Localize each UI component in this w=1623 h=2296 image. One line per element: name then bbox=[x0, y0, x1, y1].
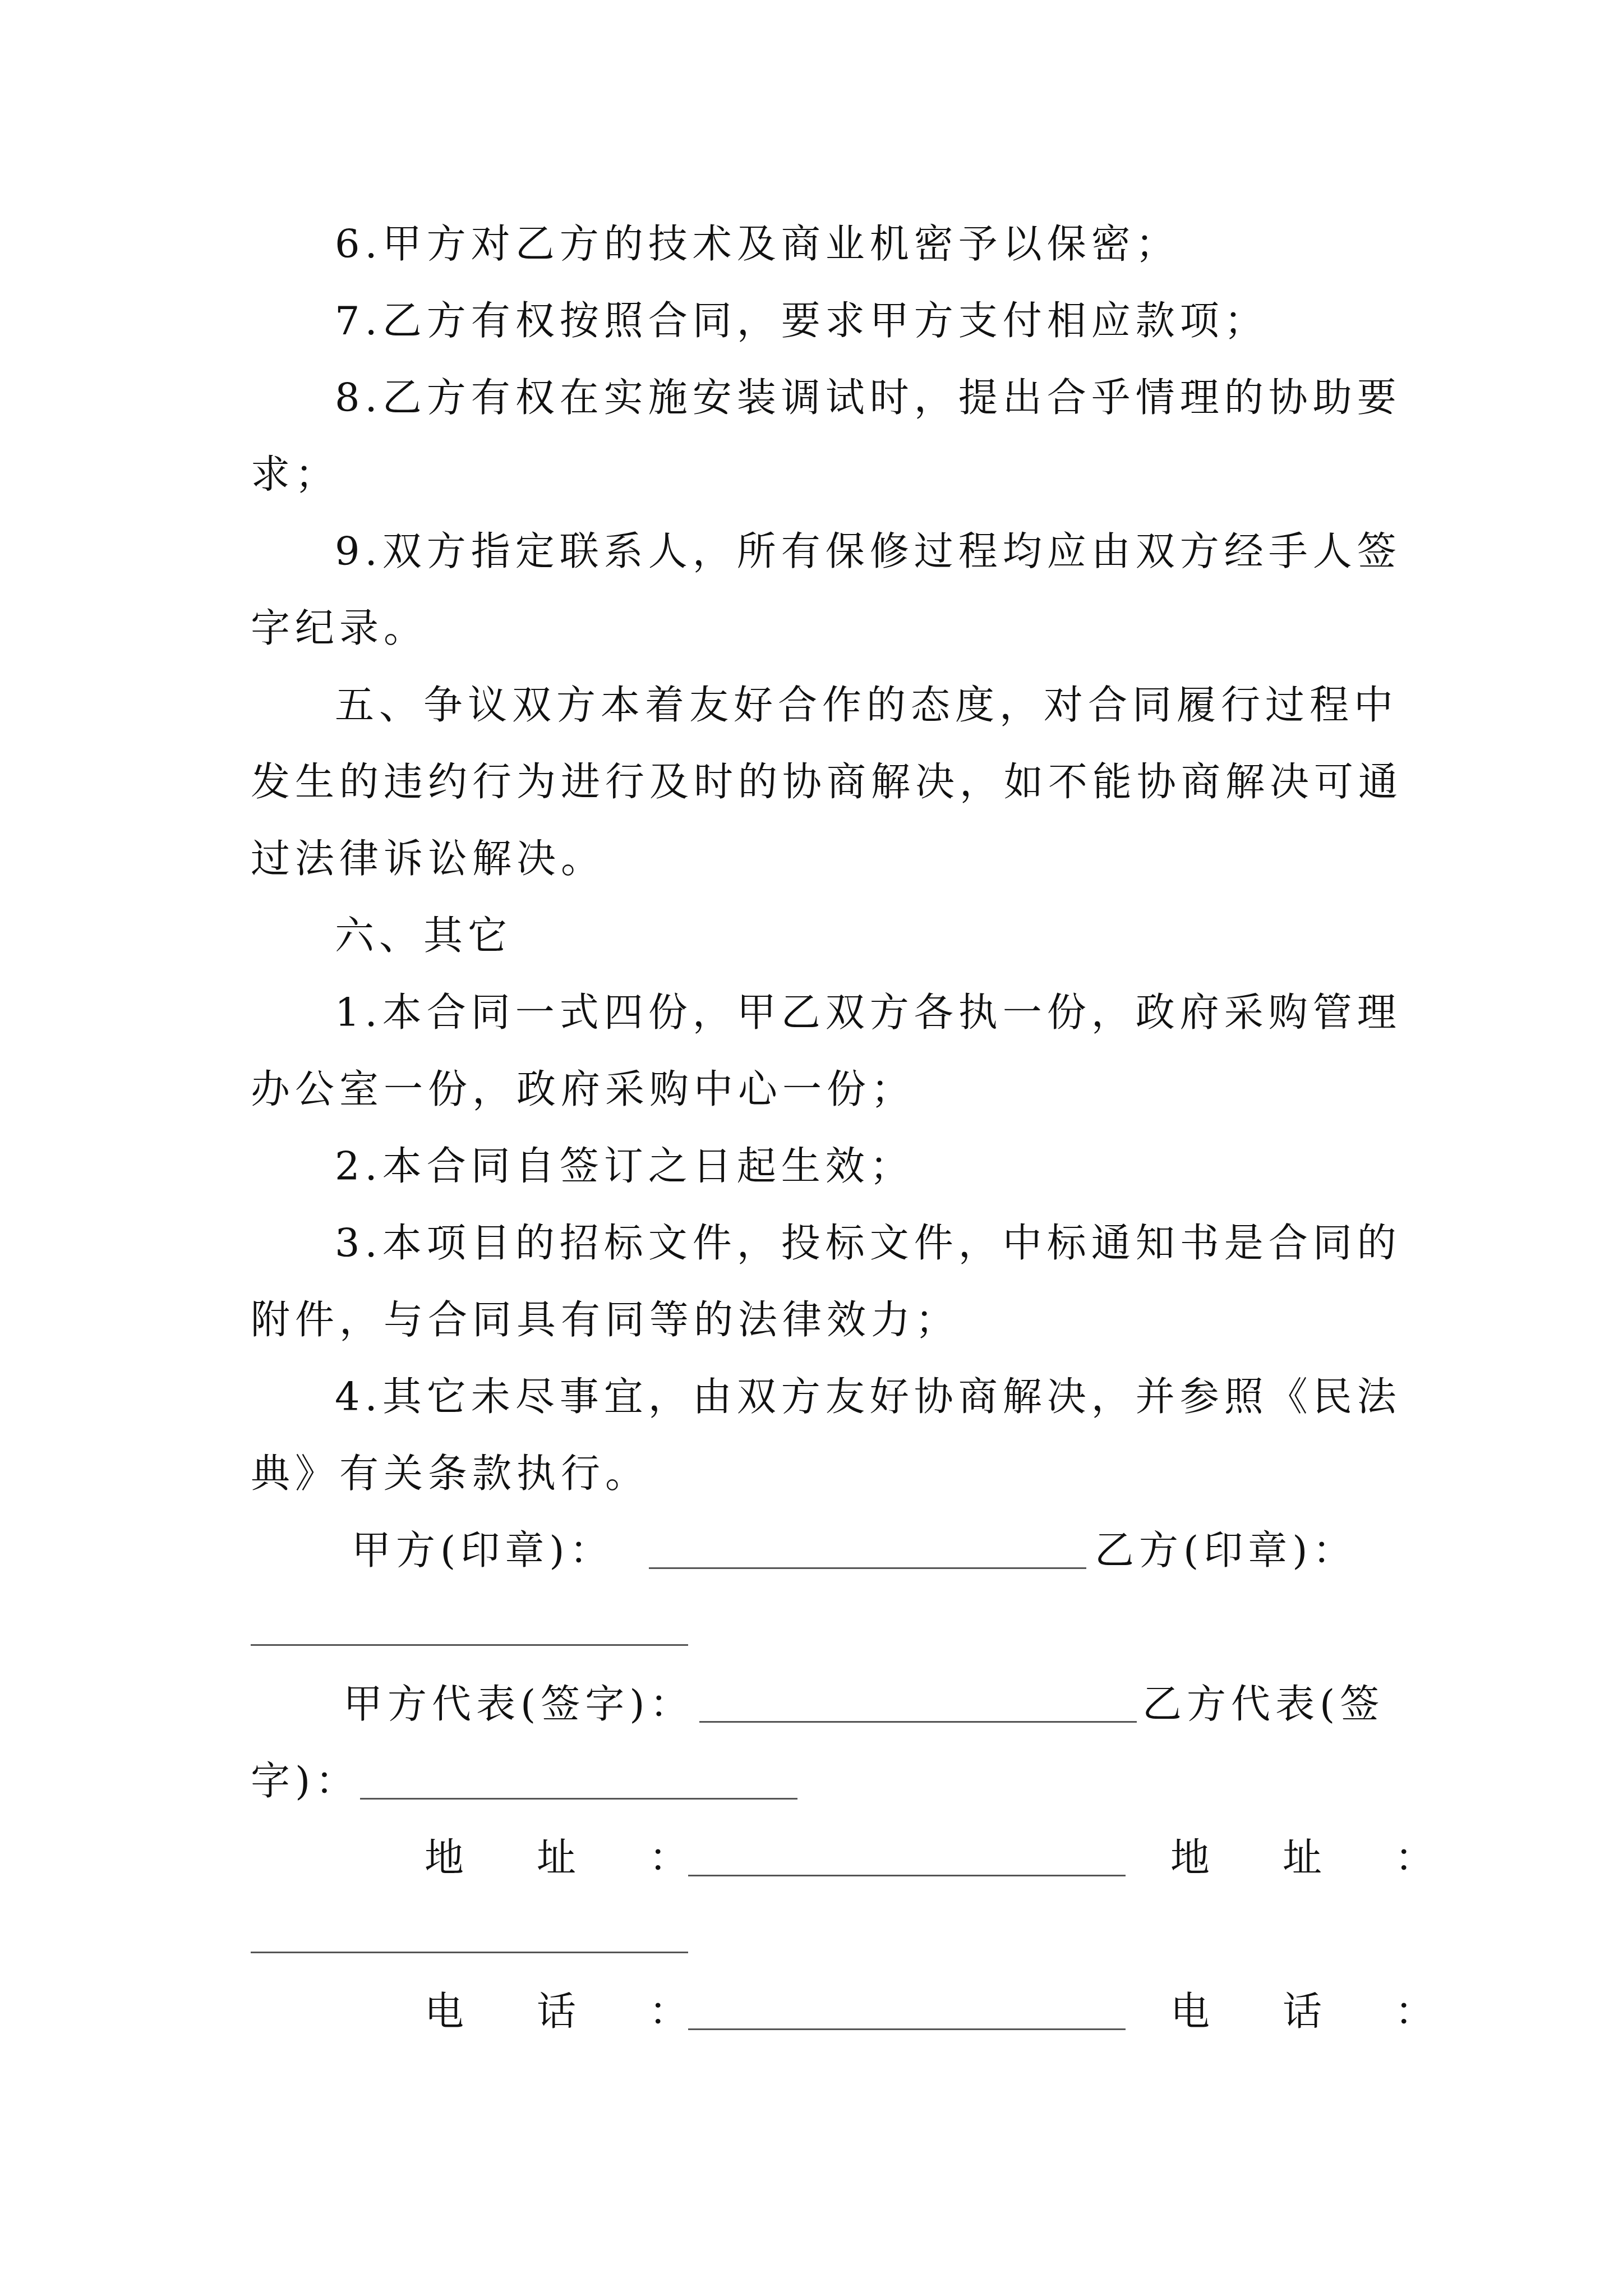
party-a-phone-blank[interactable] bbox=[688, 2027, 1126, 2030]
party-a-address-blank[interactable] bbox=[688, 1874, 1126, 1876]
party-a-address-label: 地 址 ： bbox=[425, 1835, 705, 1880]
party-a-rep-blank[interactable] bbox=[699, 1720, 1137, 1723]
party-a-seal-label: 甲方(印章)： bbox=[352, 1528, 614, 1573]
clause-9-line-2: 字纪录。 bbox=[251, 606, 1389, 651]
party-b-phone-label: 电 话 ： bbox=[1170, 1989, 1451, 2034]
party-b-address-label: 地 址 ： bbox=[1170, 1835, 1451, 1880]
party-b-rep-label-1: 乙方代表(签 bbox=[1142, 1682, 1384, 1727]
party-b-seal-label: 乙方(印章)： bbox=[1095, 1528, 1357, 1573]
other-3-line-2: 附件，与合同具有同等的法律效力； bbox=[251, 1297, 1389, 1342]
section-5-line-3: 过法律诉讼解决。 bbox=[251, 836, 1389, 881]
party-a-phone-label: 电 话 ： bbox=[425, 1989, 705, 2034]
party-a-seal-blank[interactable] bbox=[649, 1566, 1086, 1569]
clause-8-line-2: 求； bbox=[251, 452, 1389, 497]
clause-6: 6.甲方对乙方的技术及商业机密予以保密； bbox=[335, 222, 1389, 266]
section-5-line-2: 发生的违约行为进行及时的协商解决，如不能协商解决可通 bbox=[251, 760, 1389, 804]
other-1-line-2: 办公室一份，政府采购中心一份； bbox=[251, 1067, 1389, 1112]
party-b-address-blank[interactable] bbox=[251, 1950, 688, 1953]
party-b-rep-label-2: 字)： bbox=[251, 1759, 359, 1803]
clause-9-line-1: 9.双方指定联系人，所有保修过程均应由双方经手人签 bbox=[335, 529, 1389, 574]
party-b-seal-blank[interactable] bbox=[251, 1643, 688, 1646]
section-6-heading: 六、其它 bbox=[335, 913, 1389, 958]
section-5-line-1: 五、争议双方本着友好合作的态度，对合同履行过程中 bbox=[335, 683, 1389, 728]
other-1-line-1: 1.本合同一式四份，甲乙双方各执一份，政府采购管理 bbox=[335, 990, 1389, 1035]
party-a-rep-label: 甲方代表(签字)： bbox=[343, 1682, 694, 1727]
other-3-line-1: 3.本项目的招标文件，投标文件，中标通知书是合同的 bbox=[335, 1221, 1389, 1266]
other-4-line-2: 典》有关条款执行。 bbox=[251, 1451, 1389, 1496]
party-b-rep-blank[interactable] bbox=[360, 1797, 797, 1800]
clause-8-line-1: 8.乙方有权在实施安装调试时，提出合乎情理的协助要 bbox=[335, 375, 1389, 420]
other-2: 2.本合同自签订之日起生效； bbox=[335, 1144, 1389, 1189]
other-4-line-1: 4.其它未尽事宜，由双方友好协商解决，并参照《民法 bbox=[335, 1374, 1389, 1419]
clause-7: 7.乙方有权按照合同，要求甲方支付相应款项； bbox=[335, 298, 1389, 343]
